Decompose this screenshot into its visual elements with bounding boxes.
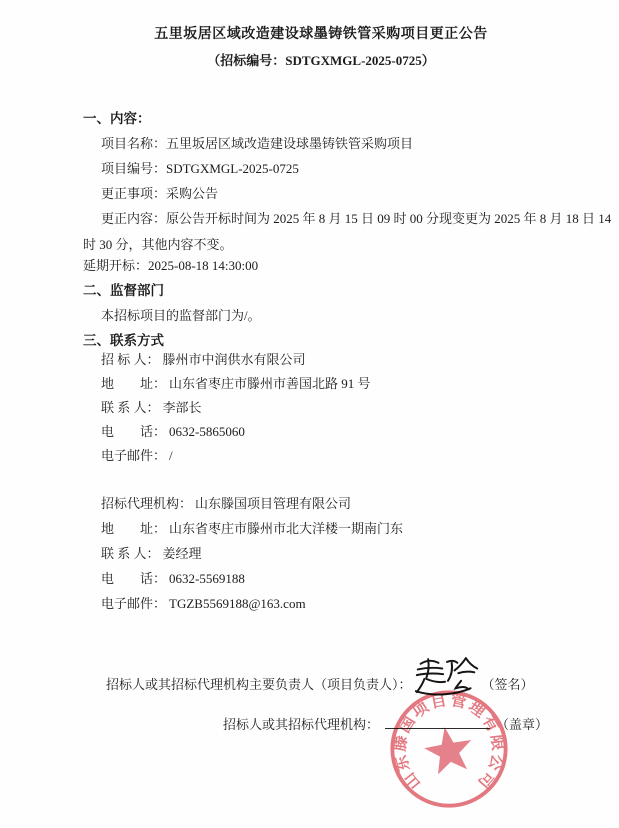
page-title: 五里坂居区域改造建设球墨铸铁管采购项目更正公告 xyxy=(83,24,559,46)
row-value: 山东省枣庄市滕州市善国北路 91 号 xyxy=(169,376,371,391)
row-value: 0632-5865060 xyxy=(169,424,245,439)
tenderer-contact-person-row: 联 系 人：李部长 xyxy=(83,396,559,420)
bid-number-subtitle: （招标编号：SDTGXMGL-2025-0725） xyxy=(83,48,559,74)
row-value: TGZB5569188@163.com xyxy=(169,596,306,611)
row-value: 滕州市中润供水有限公司 xyxy=(163,352,306,367)
seal-star-icon xyxy=(424,727,471,774)
row-label: 招 标 人： xyxy=(101,352,160,367)
row-label: 地 址： xyxy=(101,521,166,536)
row-value: / xyxy=(169,448,173,463)
section-heading-content: 一、内容： xyxy=(83,106,559,131)
tenderer-contact-block: 招 标 人：滕州市中润供水有限公司 地 址：山东省枣庄市滕州市善国北路 91 号… xyxy=(83,348,559,468)
row-label: 电 话： xyxy=(101,571,166,586)
postponed-opening-line: 延期开标：2025-08-18 14:30:00 xyxy=(83,254,559,278)
row-label: 招标代理机构： xyxy=(101,496,192,511)
tenderer-phone-row: 电 话：0632-5865060 xyxy=(83,420,559,444)
supervision-body-line: 本招标项目的监督部门为/。 xyxy=(83,303,559,328)
section-heading-supervision: 二、监督部门 xyxy=(83,278,559,303)
agency-name-row: 招标代理机构：山东滕国项目管理有限公司 xyxy=(83,491,559,516)
row-value: 姜经理 xyxy=(163,546,202,561)
organization-label: 招标人或其招标代理机构： xyxy=(223,717,379,732)
tenderer-email-row: 电子邮件：/ xyxy=(83,444,559,468)
project-number-line: 项目编号：SDTGXMGL-2025-0725 xyxy=(83,156,559,181)
responsible-person-label: 招标人或其招标代理机构主要负责人（项目负责人）： xyxy=(106,677,412,692)
tenderer-address-row: 地 址：山东省枣庄市滕州市善国北路 91 号 xyxy=(83,372,559,396)
announcement-document-page: 五里坂居区域改造建设球墨铸铁管采购项目更正公告 （招标编号：SDTGXMGL-2… xyxy=(0,0,619,828)
project-name-line: 项目名称：五里坂居区域改造建设球墨铸铁管采购项目 xyxy=(83,131,559,156)
agency-contact-person-row: 联 系 人：姜经理 xyxy=(83,541,559,566)
row-value: 山东省枣庄市滕州市北大洋楼一期南门东 xyxy=(169,521,403,536)
correction-item-line: 更正事项：采购公告 xyxy=(83,181,559,206)
row-label: 电 话： xyxy=(101,424,166,439)
row-label: 电子邮件： xyxy=(101,596,166,611)
row-label: 联 系 人： xyxy=(101,546,160,561)
agency-contact-block: 招标代理机构：山东滕国项目管理有限公司 地 址：山东省枣庄市滕州市北大洋楼一期南… xyxy=(83,491,559,616)
row-value: 李部长 xyxy=(163,400,202,415)
row-label: 电子邮件： xyxy=(101,448,166,463)
row-label: 地 址： xyxy=(101,376,166,391)
correction-detail-line-1: 更正内容：原公告开标时间为 2025 年 8 月 15 日 09 时 00 分现… xyxy=(83,206,559,232)
agency-phone-row: 电 话：0632-5569188 xyxy=(83,566,559,591)
row-value: 0632-5569188 xyxy=(169,571,245,586)
agency-address-row: 地 址：山东省枣庄市滕州市北大洋楼一期南门东 xyxy=(83,516,559,541)
agency-email-row: 电子邮件：TGZB5569188@163.com xyxy=(83,591,559,616)
row-value: 山东滕国项目管理有限公司 xyxy=(195,496,351,511)
tenderer-name-row: 招 标 人：滕州市中润供水有限公司 xyxy=(83,348,559,372)
company-seal-stamp: 山东滕国项目管理有限公司 xyxy=(384,684,514,814)
row-label: 联 系 人： xyxy=(101,400,160,415)
